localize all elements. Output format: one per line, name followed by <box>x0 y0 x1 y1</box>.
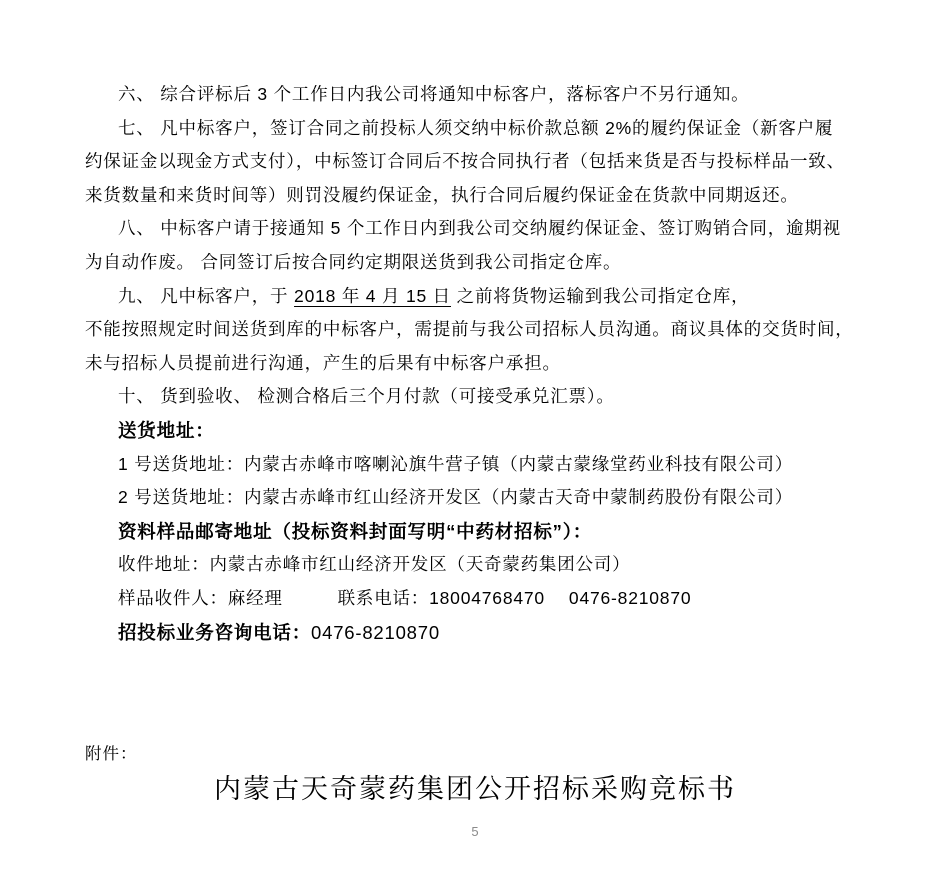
document-line: 为自动作废。 合同签订后按合同约定期限送货到我公司指定仓库。 <box>85 246 867 280</box>
document-line: 九、 凡中标客户，于 2018 年 4 月 15 日 之前将货物运输到我公司指定… <box>85 280 867 314</box>
document-line: 送货地址： <box>85 414 867 448</box>
text-segment: 九、 凡中标客户，于 <box>118 286 294 306</box>
page-number: 5 <box>0 824 950 839</box>
attachment-title: 内蒙古天奇蒙药集团公开招标采购竞标书 <box>0 771 950 807</box>
text-segment: 资料样品邮寄地址（投标资料封面写明“中药材招标”）： <box>118 521 592 542</box>
document-line: 七、 凡中标客户，签订合同之前投标人须交纳中标价款总额 2%的履约保证金（新客户… <box>85 112 867 146</box>
text-segment: 为自动作废。 合同签订后按合同约定期限送货到我公司指定仓库。 <box>85 252 621 272</box>
text-segment: 约保证金以现金方式支付），中标签订合同后不按合同执行者（包括来货是否与投标样品一… <box>85 151 845 171</box>
text-segment: 1 号送货地址：内蒙古赤峰市喀喇沁旗牛营子镇（内蒙古蒙缘堂药业科技有限公司） <box>118 454 793 474</box>
document-line: 十、 货到验收、 检测合格后三个月付款（可接受承兑汇票）。 <box>85 380 867 414</box>
text-segment: 样品收件人：麻经理 联系电话：18004768470 0476-8210870 <box>118 588 691 608</box>
text-segment: 十、 货到验收、 检测合格后三个月付款（可接受承兑汇票）。 <box>118 386 615 406</box>
text-segment: 来货数量和来货时间等）则罚没履约保证金，执行合同后履约保证金在货款中同期返还。 <box>85 185 799 205</box>
document-line: 八、 中标客户请于接通知 5 个工作日内到我公司交纳履约保证金、签订购销合同，逾… <box>85 212 867 246</box>
text-segment: 0476-8210870 <box>311 622 440 643</box>
document-line: 样品收件人：麻经理 联系电话：18004768470 0476-8210870 <box>85 582 867 616</box>
document-line: 约保证金以现金方式支付），中标签订合同后不按合同执行者（包括来货是否与投标样品一… <box>85 145 867 179</box>
document-page: 六、 综合评标后 3 个工作日内我公司将通知中标客户，落标客户不另行通知。七、 … <box>0 0 950 895</box>
text-segment: 八、 中标客户请于接通知 5 个工作日内到我公司交纳履约保证金、签订购销合同，逾… <box>118 218 841 238</box>
document-line: 资料样品邮寄地址（投标资料封面写明“中药材招标”）： <box>85 515 867 549</box>
document-line: 2 号送货地址：内蒙古赤峰市红山经济开发区（内蒙古天奇中蒙制药股份有限公司） <box>85 481 867 515</box>
text-segment: 送货地址： <box>118 420 215 441</box>
text-segment: 六、 综合评标后 3 个工作日内我公司将通知中标客户，落标客户不另行通知。 <box>118 84 749 104</box>
document-line: 招投标业务咨询电话：0476-8210870 <box>85 616 867 650</box>
attachment-label: 附件： <box>85 742 138 766</box>
text-segment: 不能按照规定时间送货到库的中标客户，需提前与我公司招标人员沟通。商议具体的交货时… <box>85 319 854 339</box>
document-body: 六、 综合评标后 3 个工作日内我公司将通知中标客户，落标客户不另行通知。七、 … <box>85 78 867 649</box>
text-segment: 收件地址：内蒙古赤峰市红山经济开发区（天奇蒙药集团公司） <box>118 554 630 574</box>
text-segment: 2018 年 4 月 15 日 <box>294 286 451 306</box>
document-line: 六、 综合评标后 3 个工作日内我公司将通知中标客户，落标客户不另行通知。 <box>85 78 867 112</box>
text-segment: 未与招标人员提前进行沟通，产生的后果有中标客户承担。 <box>85 353 561 373</box>
document-line: 收件地址：内蒙古赤峰市红山经济开发区（天奇蒙药集团公司） <box>85 548 867 582</box>
text-segment: 七、 凡中标客户，签订合同之前投标人须交纳中标价款总额 2%的履约保证金（新客户… <box>118 118 833 138</box>
document-line: 未与招标人员提前进行沟通，产生的后果有中标客户承担。 <box>85 347 867 381</box>
document-line: 来货数量和来货时间等）则罚没履约保证金，执行合同后履约保证金在货款中同期返还。 <box>85 179 867 213</box>
document-line: 不能按照规定时间送货到库的中标客户，需提前与我公司招标人员沟通。商议具体的交货时… <box>85 313 867 347</box>
text-segment: 之前将货物运输到我公司指定仓库， <box>451 286 749 306</box>
document-line: 1 号送货地址：内蒙古赤峰市喀喇沁旗牛营子镇（内蒙古蒙缘堂药业科技有限公司） <box>85 448 867 482</box>
text-segment: 招投标业务咨询电话： <box>118 622 311 643</box>
text-segment: 2 号送货地址：内蒙古赤峰市红山经济开发区（内蒙古天奇中蒙制药股份有限公司） <box>118 487 793 507</box>
